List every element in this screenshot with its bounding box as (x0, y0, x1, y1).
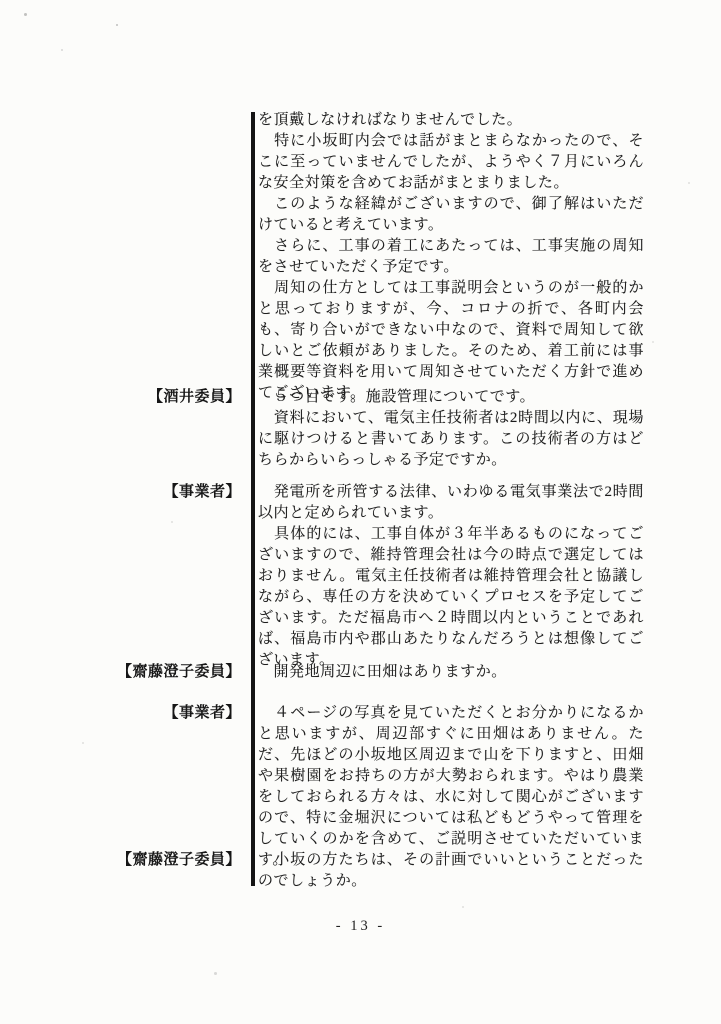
scan-speckle (652, 341, 654, 343)
speech-turn: 【酒井委員】 ５つ目です。施設管理についてです。 資料において、電気主任技術者は… (0, 387, 721, 471)
scan-speckle (82, 742, 84, 744)
scan-speckle (24, 13, 27, 16)
scan-speckle (116, 24, 118, 26)
speech-turn: を頂戴しなければなりませんでした。 特に小坂町内会では話がまとまらなかったので、… (0, 110, 721, 404)
speech-turn: 【事業者】 発電所を所管する法律、いわゆる電気事業法で2時間以内と定められていま… (0, 482, 721, 671)
scan-speckle (171, 521, 173, 523)
scan-speckle (688, 182, 690, 184)
speech-text: を頂戴しなければなりませんでした。 特に小坂町内会では話がまとまらなかったので、… (258, 110, 644, 404)
page-number: - 13 - (0, 918, 721, 935)
speaker-label: 【齋藤澄子委員】 (0, 662, 245, 681)
speaker-label: 【事業者】 (0, 482, 245, 501)
scanned-minutes-page: を頂戴しなければなりませんでした。 特に小坂町内会では話がまとまらなかったので、… (0, 0, 721, 1024)
speech-text: ４ページの写真を見ていただくとお分かりになるかと思いますが、周辺部すぐに田畑はあ… (258, 703, 644, 871)
speech-text: 開発地周辺に田畑はありますか。 (258, 662, 644, 683)
scan-speckle (462, 906, 464, 908)
scan-speckle (214, 972, 217, 975)
speech-turn: 【齋藤澄子委員】 開発地周辺に田畑はありますか。 (0, 662, 721, 683)
speech-text: 発電所を所管する法律、いわゆる電気事業法で2時間以内と定められています。 具体的… (258, 482, 644, 671)
speech-turn: 【事業者】 ４ページの写真を見ていただくとお分かりになるかと思いますが、周辺部す… (0, 703, 721, 871)
speech-text: ５つ目です。施設管理についてです。 資料において、電気主任技術者は2時間以内に、… (258, 387, 644, 471)
speech-turn: 【齋藤澄子委員】 小坂の方たちは、その計画でいいということだったのでしょうか。 (0, 850, 721, 892)
speaker-label: 【酒井委員】 (0, 387, 245, 406)
speech-text: 小坂の方たちは、その計画でいいということだったのでしょうか。 (258, 850, 644, 892)
scan-speckle (61, 49, 63, 51)
speaker-label: 【事業者】 (0, 703, 245, 722)
speaker-label: 【齋藤澄子委員】 (0, 850, 245, 869)
